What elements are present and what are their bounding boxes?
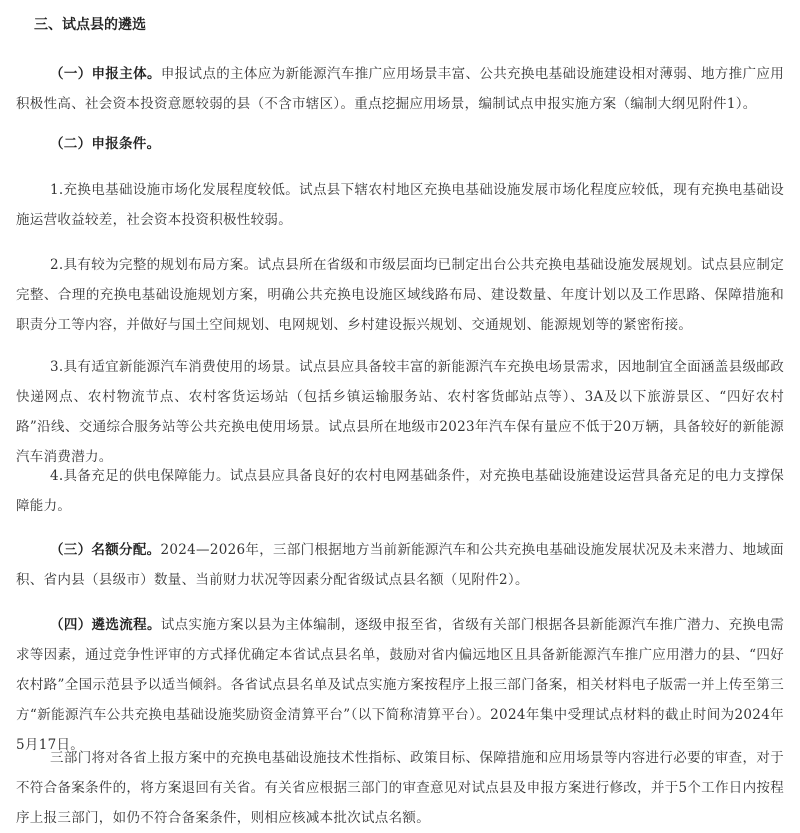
paragraph-text: 三部门将对各省上报方案中的充换电基础设施技术性指标、政策目标、保障措施和应用场景…	[16, 750, 784, 826]
paragraph-condition-3: 3.具有适宜新能源汽车消费使用的场景。试点县应具备较丰富的新能源汽车充换电场景需…	[16, 352, 784, 472]
paragraph-review: 三部门将对各省上报方案中的充换电基础设施技术性指标、政策目标、保障措施和应用场景…	[16, 743, 784, 833]
paragraph-lead: （一）申报主体。	[50, 66, 161, 82]
paragraph-selection-process: （四）遴选流程。试点实施方案以县为主体编制，逐级申报至省，省级有关部门根据各县新…	[16, 610, 784, 760]
paragraph-lead: （四）遴选流程。	[50, 617, 161, 633]
paragraph-condition-1: 1.充换电基础设施市场化发展程度较低。试点县下辖农村地区充换电基础设施发展市场化…	[16, 175, 784, 235]
paragraph-text: 3.具有适宜新能源汽车消费使用的场景。试点县应具备较丰富的新能源汽车充换电场景需…	[16, 359, 784, 465]
section-title: 三、试点县的遴选	[34, 14, 146, 34]
paragraph-condition-2: 2.具有较为完整的规划布局方案。试点县所在省级和市级层面均已制定出台公共充换电基…	[16, 250, 784, 340]
paragraph-text: 1.充换电基础设施市场化发展程度较低。试点县下辖农村地区充换电基础设施发展市场化…	[16, 182, 784, 228]
paragraph-text: 试点实施方案以县为主体编制，逐级申报至省，省级有关部门根据各县新能源汽车推广潜力…	[16, 617, 784, 753]
paragraph-lead: （二）申报条件。	[50, 136, 160, 152]
paragraph-application-subject: （一）申报主体。申报试点的主体应为新能源汽车推广应用场景丰富、公共充换电基础设施…	[16, 59, 784, 119]
paragraph-quota-allocation: （三）名额分配。2024—2026年，三部门根据地方当前新能源汽车和公共充换电基…	[16, 535, 784, 595]
paragraph-condition-4: 4.具备充足的供电保障能力。试点县应具备良好的农村电网基础条件，对充换电基础设施…	[16, 461, 784, 521]
paragraph-lead: （三）名额分配。	[50, 542, 160, 558]
paragraph-text: 4.具备充足的供电保障能力。试点县应具备良好的农村电网基础条件，对充换电基础设施…	[16, 468, 784, 514]
paragraph-text: 2.具有较为完整的规划布局方案。试点县所在省级和市级层面均已制定出台公共充换电基…	[16, 257, 784, 333]
paragraph-application-conditions: （二）申报条件。	[16, 129, 784, 159]
